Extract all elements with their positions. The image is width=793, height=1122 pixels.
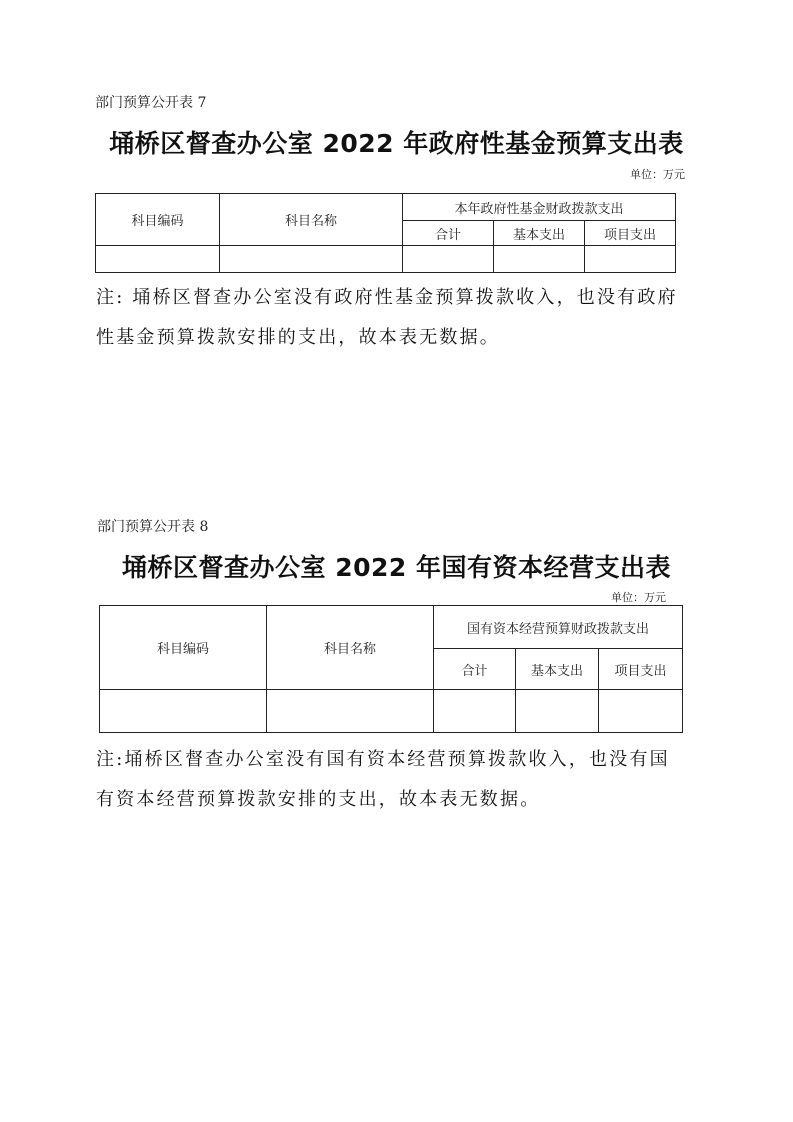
header-project: 项目支出	[599, 649, 683, 690]
note-line-1: 注: 埇桥区督查办公室没有政府性基金预算拨款收入，也没有政府	[96, 278, 696, 318]
table8-unit: 单位：万元	[611, 589, 666, 605]
table8-grid: 科目编码 科目名称 国有资本经营预算财政拨款支出 合计 基本支出 项目支出	[99, 605, 683, 733]
header-name: 科目名称	[220, 194, 403, 246]
table7-unit: 单位：万元	[630, 166, 685, 182]
header-group: 本年政府性基金财政拨款支出	[403, 194, 676, 221]
cell-total	[434, 690, 516, 733]
table8-title: 埇桥区督查办公室 2022 年国有资本经营支出表	[0, 548, 793, 584]
header-group: 国有资本经营预算财政拨款支出	[434, 606, 683, 649]
cell-code	[96, 246, 220, 273]
cell-code	[100, 690, 267, 733]
table-row	[96, 246, 676, 273]
table7-grid: 科目编码 科目名称 本年政府性基金财政拨款支出 合计 基本支出 项目支出	[95, 193, 676, 273]
table-row	[100, 690, 683, 733]
header-project: 项目支出	[585, 221, 676, 246]
note-line-2: 有资本经营预算拨款安排的支出，故本表无数据。	[96, 780, 696, 820]
cell-name	[267, 690, 434, 733]
header-total: 合计	[434, 649, 516, 690]
header-code: 科目编码	[100, 606, 267, 690]
cell-project	[585, 246, 676, 273]
cell-project	[599, 690, 683, 733]
table8-caption: 部门预算公开表 8	[97, 516, 208, 536]
table7-note: 注: 埇桥区督查办公室没有政府性基金预算拨款收入，也没有政府 性基金预算拨款安排…	[96, 278, 696, 358]
header-basic: 基本支出	[494, 221, 585, 246]
header-name: 科目名称	[267, 606, 434, 690]
table7-caption: 部门预算公开表 7	[95, 92, 206, 112]
table7-title: 埇桥区督查办公室 2022 年政府性基金预算支出表	[0, 124, 793, 160]
header-code: 科目编码	[96, 194, 220, 246]
cell-basic	[494, 246, 585, 273]
header-basic: 基本支出	[516, 649, 599, 690]
header-total: 合计	[403, 221, 494, 246]
note-line-2: 性基金预算拨款安排的支出，故本表无数据。	[96, 318, 696, 358]
cell-name	[220, 246, 403, 273]
table8-note: 注:埇桥区督查办公室没有国有资本经营预算拨款收入，也没有国 有资本经营预算拨款安…	[96, 740, 696, 820]
note-line-1: 注:埇桥区督查办公室没有国有资本经营预算拨款收入，也没有国	[96, 740, 696, 780]
cell-total	[403, 246, 494, 273]
cell-basic	[516, 690, 599, 733]
